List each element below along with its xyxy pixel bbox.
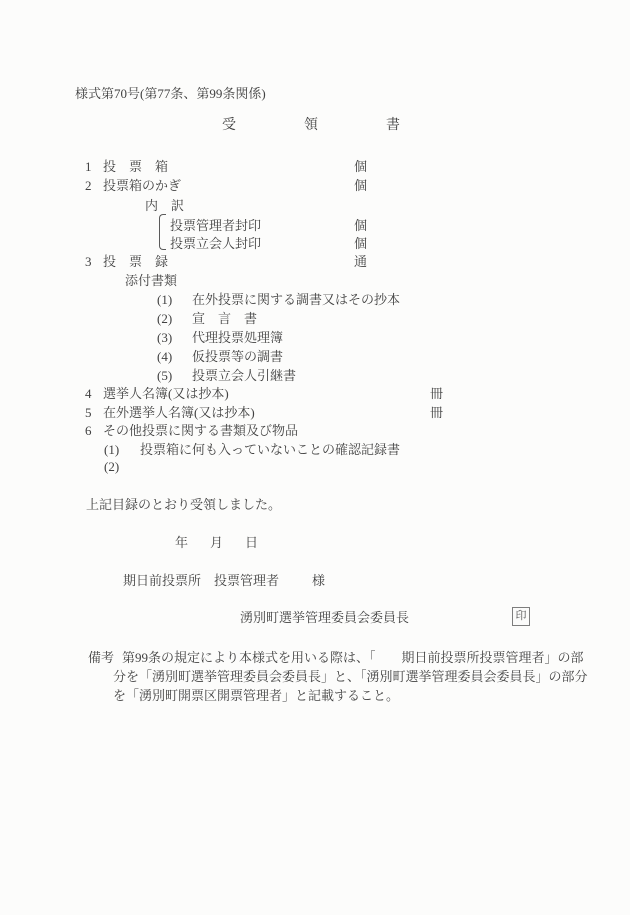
item-label: その他投票に関する書類及び物品 <box>103 421 298 440</box>
item-3-row: 3 投 票 録 通 <box>0 252 630 271</box>
remarks-row: 分を「湧別町選挙管理委員会委員長」と、「湧別町選挙管理委員会委員長」の部分 <box>0 667 630 686</box>
item-6-sub-row: (2) <box>0 457 630 476</box>
attachment-item-row: (1) 在外投票に関する調書又はその抄本 <box>0 290 630 309</box>
unit-label: 個 <box>354 234 367 253</box>
sender-row: 湧別町選挙管理委員会委員長 <box>0 608 630 627</box>
form-number: 様式第70号(第77条、第99条関係) <box>75 84 266 103</box>
breakdown-item-row: 投票管理者封印 個 <box>0 216 630 235</box>
attachments-heading: 添付書類 <box>125 271 177 290</box>
item-number: 5 <box>85 403 92 422</box>
sub-item-label: 宣 言 書 <box>192 309 257 328</box>
form-number-row: 様式第70号(第77条、第99条関係) <box>0 84 630 103</box>
item-number: 6 <box>85 421 92 440</box>
unit-label: 個 <box>354 176 367 195</box>
date-day-label: 日 <box>245 533 258 552</box>
unit-label: 冊 <box>430 384 443 403</box>
item-number: 1 <box>85 157 92 176</box>
sub-item-number: (3) <box>157 328 172 347</box>
attachments-heading-row: 添付書類 <box>0 271 630 290</box>
item-4-row: 4 選挙人名簿(又は抄本) 冊 <box>0 384 630 403</box>
date-year-label: 年 <box>175 533 188 552</box>
item-number: 2 <box>85 176 92 195</box>
seal-stamp-icon: 印 <box>512 607 530 626</box>
document-title: 受 領 書 <box>222 116 400 135</box>
sub-item-number: (2) <box>157 309 172 328</box>
sub-item-label: 投票立会人引継書 <box>192 366 296 385</box>
receipt-form-page: 様式第70号(第77条、第99条関係) 受 領 書 1 投 票 箱 個 2 投票… <box>0 0 630 915</box>
remarks-row: 備考 第99条の規定により本様式を用いる際は、「 期日前投票所投票管理者」の部 <box>0 648 630 667</box>
sub-item-number: (1) <box>157 290 172 309</box>
remarks-label: 備考 <box>88 648 114 667</box>
attachment-item-row: (2) 宣 言 書 <box>0 309 630 328</box>
item-6-row: 6 その他投票に関する書類及び物品 <box>0 421 630 440</box>
item-label: 投票立会人封印 <box>170 234 261 253</box>
item-label: 投票箱のかぎ <box>103 176 181 195</box>
date-line-row: 年 月 日 <box>0 533 630 552</box>
sub-item-number: (2) <box>104 457 119 476</box>
receipt-statement-row: 上記目録のとおり受領しました。 <box>0 495 630 514</box>
remarks-row: を「湧別町開票区開票管理者」と記載すること。 <box>0 686 630 705</box>
unit-label: 通 <box>354 252 367 271</box>
breakdown-heading: 内 訳 <box>145 196 184 215</box>
unit-label: 個 <box>354 216 367 235</box>
title-char: 受 <box>222 116 236 135</box>
item-label: 投票管理者封印 <box>170 216 261 235</box>
attachment-item-row: (3) 代理投票処理簿 <box>0 328 630 347</box>
sub-item-number: (4) <box>157 347 172 366</box>
item-number: 3 <box>85 252 92 271</box>
item-label: 投 票 録 <box>103 252 168 271</box>
date-month-label: 月 <box>210 533 223 552</box>
sub-item-label: 代理投票処理簿 <box>192 328 283 347</box>
remarks-text-line: 第99条の規定により本様式を用いる際は、「 期日前投票所投票管理者」の部 <box>122 648 584 667</box>
seal-character: 印 <box>516 607 527 626</box>
breakdown-heading-row: 内 訳 <box>0 196 630 215</box>
item-2-row: 2 投票箱のかぎ 個 <box>0 176 630 195</box>
receipt-statement: 上記目録のとおり受領しました。 <box>86 495 281 514</box>
attachment-item-row: (5) 投票立会人引継書 <box>0 366 630 385</box>
item-1-row: 1 投 票 箱 個 <box>0 157 630 176</box>
item-label: 在外選挙人名簿(又は抄本) <box>103 403 255 422</box>
item-number: 4 <box>85 384 92 403</box>
recipient-title: 期日前投票所 投票管理者 <box>123 571 279 590</box>
sender-name: 湧別町選挙管理委員会委員長 <box>240 608 409 627</box>
item-label: 投 票 箱 <box>103 157 168 176</box>
unit-label: 冊 <box>430 403 443 422</box>
sub-item-label: 仮投票等の調書 <box>192 347 283 366</box>
item-5-row: 5 在外選挙人名簿(又は抄本) 冊 <box>0 403 630 422</box>
sub-item-number: (5) <box>157 366 172 385</box>
sub-item-label: 在外投票に関する調書又はその抄本 <box>192 290 400 309</box>
breakdown-item-row: 投票立会人封印 個 <box>0 234 630 253</box>
remarks-text-line: を「湧別町開票区開票管理者」と記載すること。 <box>113 686 399 705</box>
recipient-row: 期日前投票所 投票管理者 様 <box>0 571 630 590</box>
unit-label: 個 <box>354 157 367 176</box>
honorific-label: 様 <box>312 571 325 590</box>
title-char: 書 <box>386 116 400 135</box>
item-label: 選挙人名簿(又は抄本) <box>103 384 229 403</box>
remarks-text-line: 分を「湧別町選挙管理委員会委員長」と、「湧別町選挙管理委員会委員長」の部分 <box>113 667 588 686</box>
title-char: 領 <box>304 116 318 135</box>
attachment-item-row: (4) 仮投票等の調書 <box>0 347 630 366</box>
